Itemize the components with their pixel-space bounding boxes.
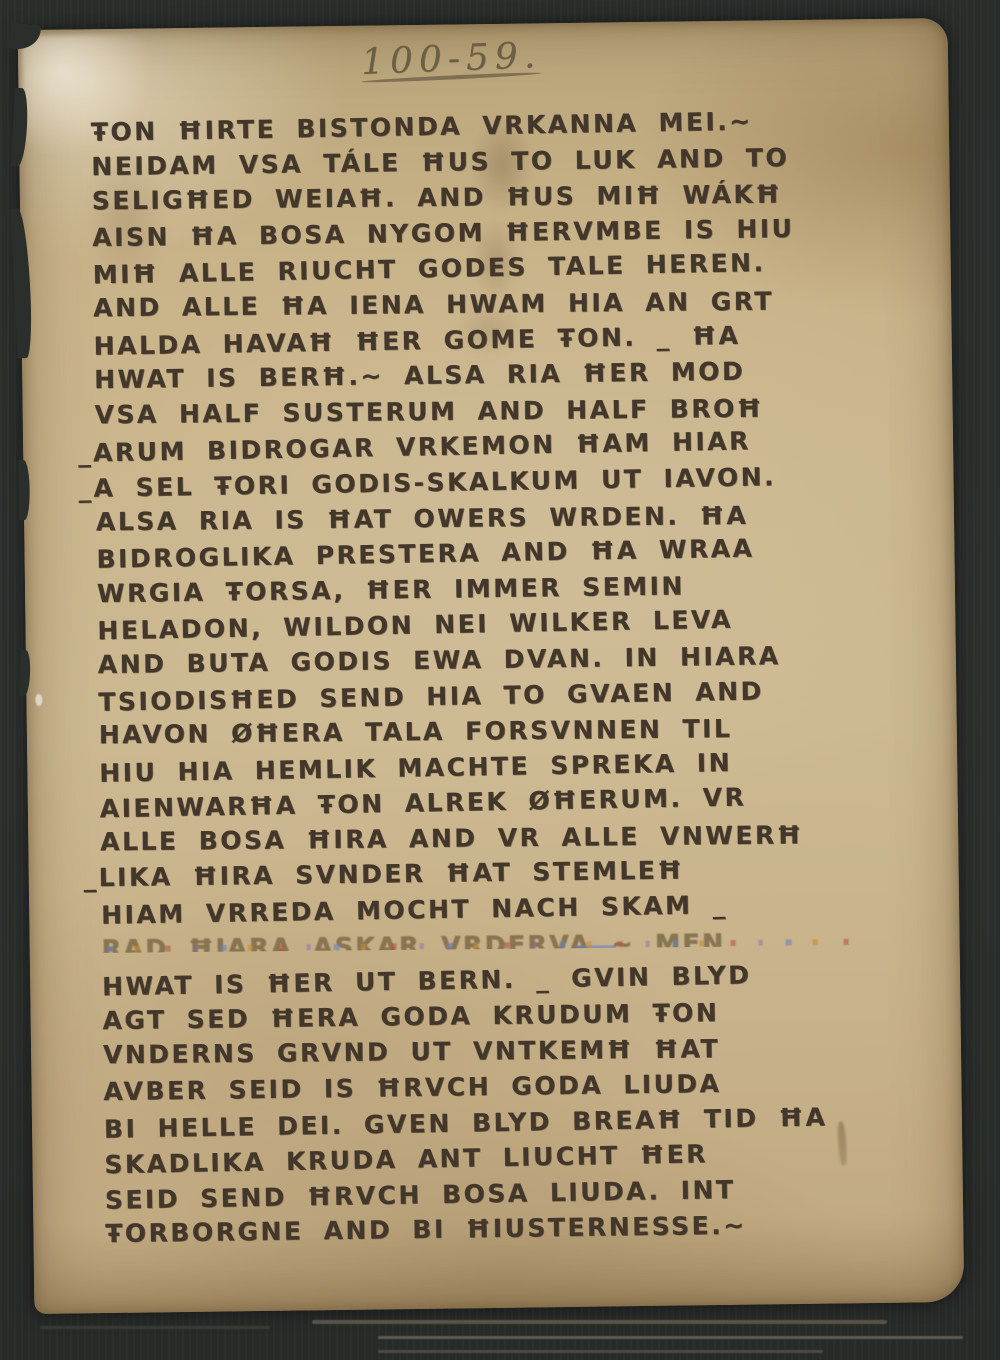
book-edge-stripe	[40, 1326, 270, 1329]
text-block: ŦON ĦIRTE BISTONDA VRKANNA MEI.~NEIDAM V…	[19, 102, 964, 1253]
book-edge-stripe	[378, 1350, 823, 1353]
paper-speck	[35, 694, 42, 706]
page-number-block: 100-59.	[336, 37, 567, 81]
torn-edge-notch	[8, 22, 41, 52]
scan-backdrop: { "page": { "number_label": "100-59." },…	[0, 0, 1000, 1360]
book-edge-stripe	[378, 1336, 963, 1339]
manuscript-page: 100-59. ŦON ĦIRTE BISTONDA VRKANNA MEI.~…	[18, 18, 965, 1314]
book-edge-stripe	[312, 1320, 887, 1324]
